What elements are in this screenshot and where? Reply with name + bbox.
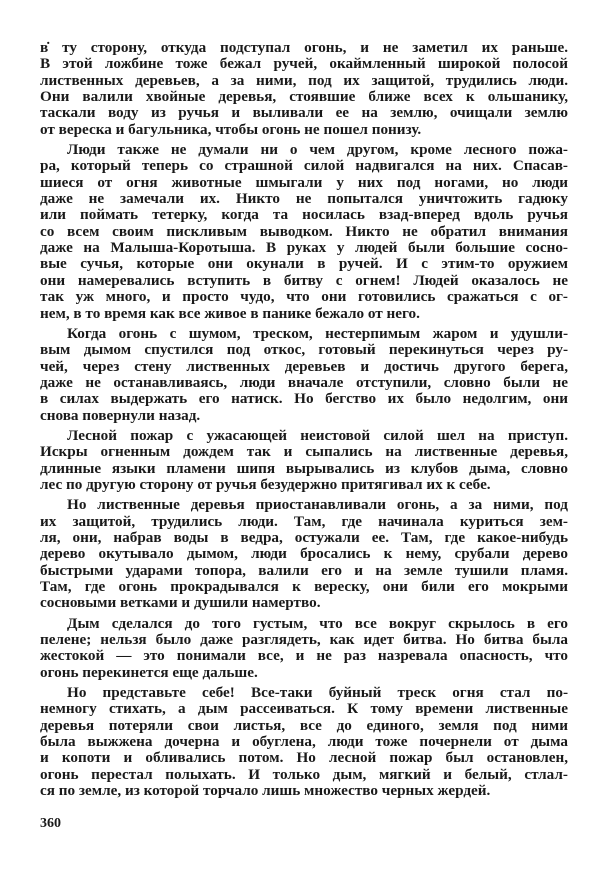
text-line: Но представьте себе! Все-таки буйный тре… (40, 685, 568, 701)
text-line: ся по земле, из которой торчало лишь мно… (40, 783, 568, 799)
text-line: и копоти и обливались потом. Но лесной п… (40, 750, 568, 766)
text-line: Они валили хвойные деревья, стоявшие бли… (40, 89, 568, 105)
text-line: была выжжена дочерна и обуглена, люди то… (40, 734, 568, 750)
text-line: ля, они, набрав воды в ведра, остужали е… (40, 530, 568, 546)
text-line: Там, где огонь прокрадывался к вереску, … (40, 579, 568, 595)
text-line: лес по другую сторону от ручья безудержн… (40, 477, 568, 493)
text-line: в силах выдержать его натиск. Но бегство… (40, 391, 568, 407)
text-line: жестокой — это понимали все, и не раз на… (40, 648, 568, 664)
text-line: даже не замечали их. Никто не попытался … (40, 191, 568, 207)
text-line: нем, в то время как все живое в панике б… (40, 306, 568, 322)
text-line: Когда огонь с шумом, треском, нестерпимы… (40, 326, 568, 342)
text-line: или поймать тетерку, когда та носилась в… (40, 207, 568, 223)
text-line: даже на Малыша-Коротыша. В руках у людей… (40, 240, 568, 256)
text-line: пелене; нельзя было даже разглядеть, как… (40, 632, 568, 648)
page-body: в̇ ту сторону, откуда подступал огонь, и… (40, 40, 568, 803)
text-line: со всем своим пискливым выводком. Никто … (40, 224, 568, 240)
paragraph: Люди также не думали ни о чем другом, кр… (40, 142, 568, 322)
text-line: Искры огненным дождем так и сыпались на … (40, 444, 568, 460)
text-line: лиственных деревьев, а за ними, под их з… (40, 73, 568, 89)
text-line: чей, через стену лиственных деревьев и д… (40, 359, 568, 375)
paragraph: Когда огонь с шумом, треском, нестерпимы… (40, 326, 568, 424)
text-line: деревья потеряли свои листья, все до еди… (40, 718, 568, 734)
text-line: немногу стихать, а дым рассеиваться. К т… (40, 701, 568, 717)
text-line: они намеревались вступить в битву с огне… (40, 273, 568, 289)
text-line: Люди также не думали ни о чем другом, кр… (40, 142, 568, 158)
text-line: так уж много, и просто чудо, что они гот… (40, 289, 568, 305)
text-line: быстрыми ударами топора, валили его и на… (40, 563, 568, 579)
text-line: шиеся от огня животные шмыгали у них под… (40, 175, 568, 191)
paragraph: Но лиственные деревья приостанавливали о… (40, 497, 568, 611)
text-line: вым дымом спустился под откос, готовый п… (40, 342, 568, 358)
text-line: в̇ ту сторону, откуда подступал огонь, и… (40, 40, 568, 56)
paragraph: Дым сделался до того густым, что все вок… (40, 616, 568, 681)
text-line: В этой ложбине тоже бежал ручей, окаймле… (40, 56, 568, 72)
paragraph: Но представьте себе! Все-таки буйный тре… (40, 685, 568, 799)
text-line: их защитой, трудились люди. Там, где нач… (40, 514, 568, 530)
paragraph: Лесной пожар с ужасающей неистовой силой… (40, 428, 568, 493)
text-line: длинные языки пламени шипя вырывались из… (40, 461, 568, 477)
text-line: таскали воду из ручья и выливали ее на з… (40, 105, 568, 121)
text-line: Но лиственные деревья приостанавливали о… (40, 497, 568, 513)
page-number: 360 (40, 816, 61, 832)
text-line: огонь перекинется еще дальше. (40, 665, 568, 681)
text-line: Дым сделался до того густым, что все вок… (40, 616, 568, 632)
text-line: Лесной пожар с ужасающей неистовой силой… (40, 428, 568, 444)
text-line: огонь перестал полыхать. И только дым, м… (40, 767, 568, 783)
text-line: снова повернули назад. (40, 408, 568, 424)
text-line: дерево окутывало дымом, люди бросались к… (40, 546, 568, 562)
text-line: даже не останавливаясь, люди вначале отс… (40, 375, 568, 391)
text-line: сосновыми ветками и душили намертво. (40, 595, 568, 611)
text-line: ра, который теперь со страшной силой над… (40, 158, 568, 174)
paragraph: в̇ ту сторону, откуда подступал огонь, и… (40, 40, 568, 138)
text-line: от вереска и багульника, чтобы огонь не … (40, 122, 568, 138)
text-line: вые сучья, которые они окунали в ручей. … (40, 256, 568, 272)
